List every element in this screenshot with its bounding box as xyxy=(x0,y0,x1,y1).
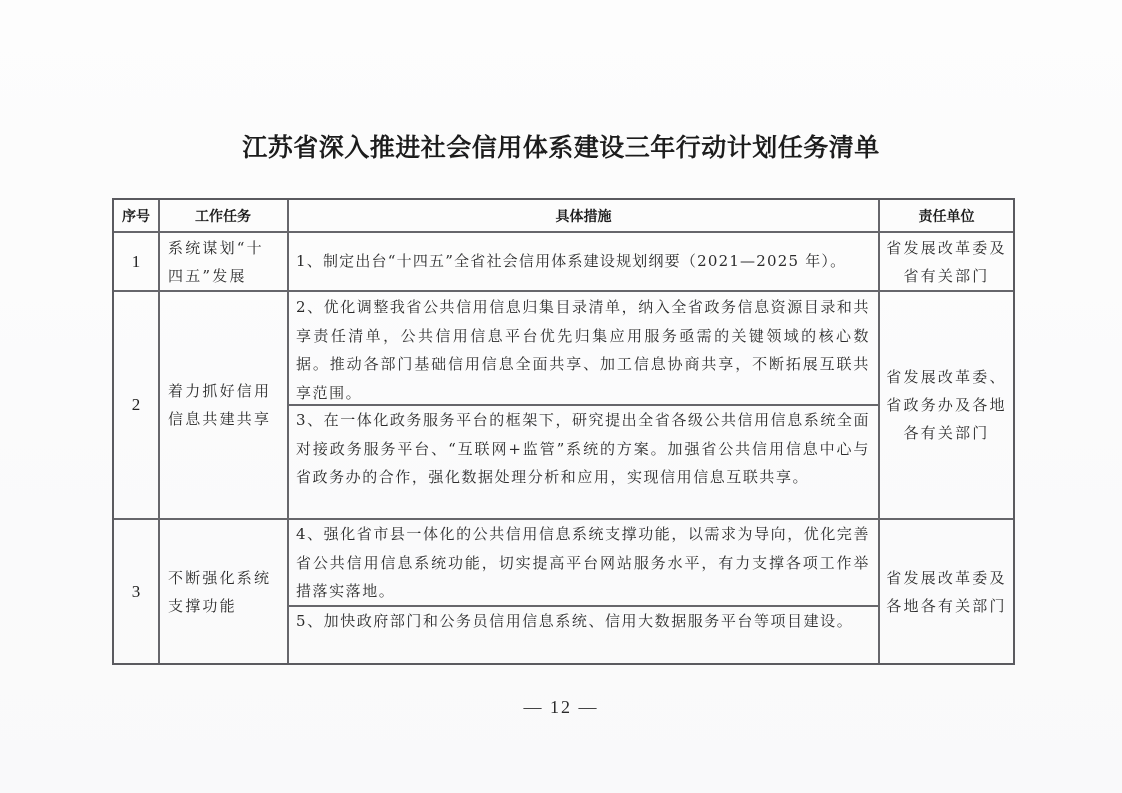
row-index: 1 xyxy=(114,233,158,290)
row-task: 着力抓好信用信息共建共享 xyxy=(159,292,287,518)
document-page: 江苏省深入推进社会信用体系建设三年行动计划任务清单 序号 工作任务 具体措施 责… xyxy=(0,0,1122,793)
row-index: 3 xyxy=(114,520,158,663)
header-task: 工作任务 xyxy=(159,200,287,232)
header-responsible: 责任单位 xyxy=(880,200,1013,232)
row-measure: 4、强化省市县一体化的公共信用信息系统支撑功能，以需求为导向，优化完善省公共信用… xyxy=(289,520,878,605)
page-number: — 12 — xyxy=(0,697,1122,718)
row-responsible: 省发展改革委、省政务办及各地各有关部门 xyxy=(880,292,1013,518)
header-index: 序号 xyxy=(114,200,158,232)
row-responsible: 省发展改革委及各地各有关部门 xyxy=(880,520,1013,663)
row-index: 2 xyxy=(114,292,158,518)
row-task: 系统谋划“十四五”发展 xyxy=(159,233,287,290)
header-measures: 具体措施 xyxy=(289,200,878,232)
row-measure: 2、优化调整我省公共信用信息归集目录清单，纳入全省政务信息资源目录和共享责任清单… xyxy=(289,293,878,404)
row-task: 不断强化系统支撑功能 xyxy=(159,520,287,663)
row-measure: 5、加快政府部门和公务员信用信息系统、信用大数据服务平台等项目建设。 xyxy=(289,607,878,663)
task-list-table: 序号 工作任务 具体措施 责任单位 1 系统谋划“十四五”发展 1、制定出台“十… xyxy=(112,198,1015,665)
document-title: 江苏省深入推进社会信用体系建设三年行动计划任务清单 xyxy=(0,128,1122,164)
row-responsible: 省发展改革委及省有关部门 xyxy=(880,233,1013,290)
row-measure: 3、在一体化政务服务平台的框架下，研究提出全省各级公共信用信息系统全面对接政务服… xyxy=(289,406,878,518)
row-measure: 1、制定出台“十四五”全省社会信用体系建设规划纲要（2021—2025 年）。 xyxy=(289,233,878,290)
